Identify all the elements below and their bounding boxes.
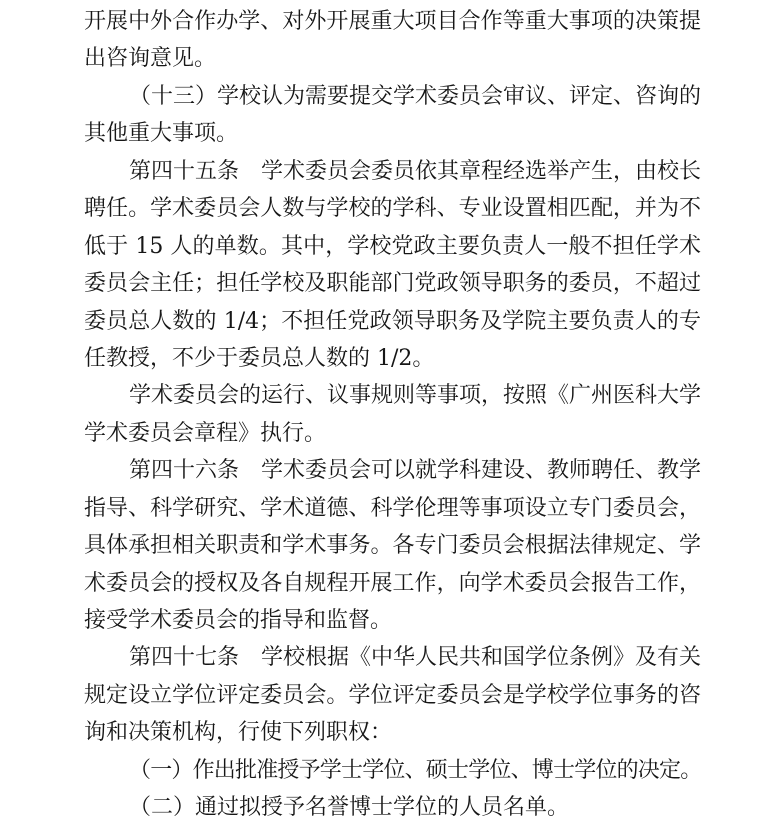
document-line: （十三）学校认为需要提交学术委员会审议、评定、咨询的 xyxy=(84,78,701,115)
document-line: 其他重大事项。 xyxy=(84,115,701,152)
document-line: 询和决策机构，行使下列职权： xyxy=(84,714,701,751)
document-line: （二）通过拟授予名誉博士学位的人员名单。 xyxy=(84,789,701,824)
document-line: （一）作出批准授予学士学位、硕士学位、博士学位的决定。 xyxy=(84,752,701,789)
document-line: 委员总人数的 1/4；不担任党政领导职务及学院主要负责人的专 xyxy=(84,303,701,340)
document-line: 术委员会的授权及各自规程开展工作，向学术委员会报告工作， xyxy=(84,565,701,602)
document-line: 任教授，不少于委员总人数的 1/2。 xyxy=(84,340,701,377)
document-line: 出咨询意见。 xyxy=(84,40,701,77)
document-line: 学术委员会的运行、议事规则等事项，按照《广州医科大学 xyxy=(84,377,701,414)
document-line: 低于 15 人的单数。其中，学校党政主要负责人一般不担任学术 xyxy=(84,228,701,265)
document-line: 指导、科学研究、学术道德、科学伦理等事项设立专门委员会， xyxy=(84,490,701,527)
document-line: 第四十五条 学术委员会委员依其章程经选举产生，由校长 xyxy=(84,153,701,190)
document-line: 规定设立学位评定委员会。学位评定委员会是学校学位事务的咨 xyxy=(84,677,701,714)
document-line: 聘任。学术委员会人数与学校的学科、专业设置相匹配，并为不 xyxy=(84,190,701,227)
document-text-block: 开展中外合作办学、对外开展重大项目合作等重大事项的决策提出咨询意见。（十三）学校… xyxy=(84,3,701,824)
document-page: 开展中外合作办学、对外开展重大项目合作等重大事项的决策提出咨询意见。（十三）学校… xyxy=(0,0,784,824)
document-line: 具体承担相关职责和学术事务。各专门委员会根据法律规定、学 xyxy=(84,527,701,564)
document-line: 学术委员会章程》执行。 xyxy=(84,415,701,452)
document-line: 开展中外合作办学、对外开展重大项目合作等重大事项的决策提 xyxy=(84,3,701,40)
document-line: 接受学术委员会的指导和监督。 xyxy=(84,602,701,639)
document-line: 第四十六条 学术委员会可以就学科建设、教师聘任、教学 xyxy=(84,452,701,489)
document-line: 委员会主任；担任学校及职能部门党政领导职务的委员，不超过 xyxy=(84,265,701,302)
document-line: 第四十七条 学校根据《中华人民共和国学位条例》及有关 xyxy=(84,639,701,676)
